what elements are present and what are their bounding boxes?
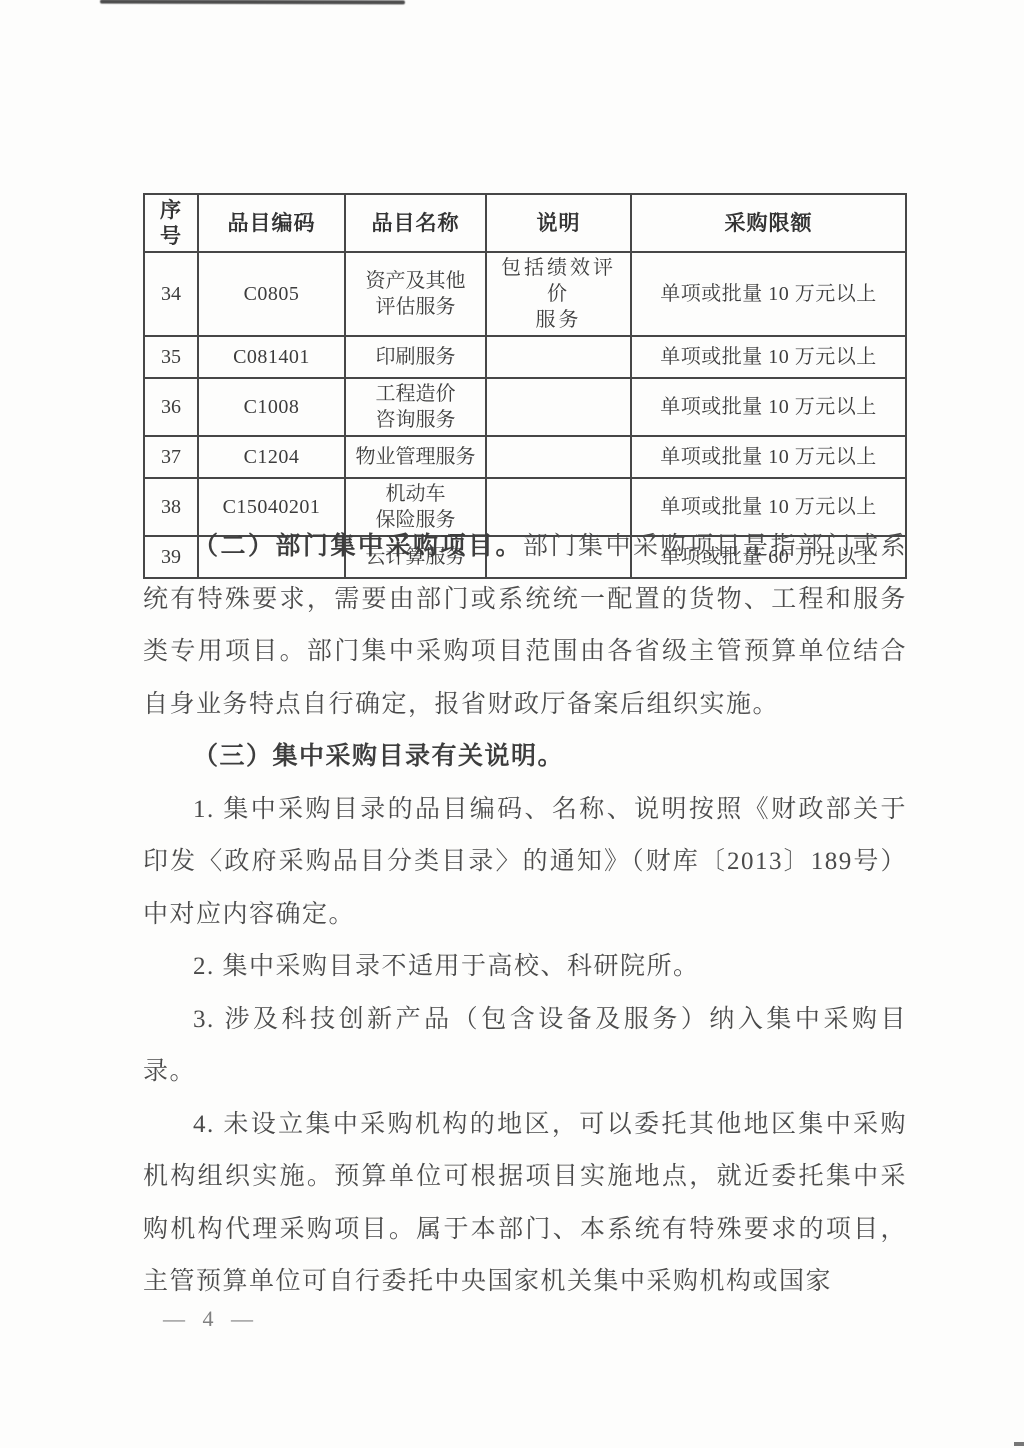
paragraph-item-1-body: 1. 集中采购目录的品目编码、名称、说明按照《财政部关于印发〈政府采购品目分类目… bbox=[143, 796, 907, 928]
scan-artifact-top bbox=[100, 0, 405, 4]
table-header-row: 序号 品目编码 品目名称 说明 采购限额 bbox=[144, 194, 906, 252]
cell-name: 资产及其他 评估服务 bbox=[345, 252, 486, 336]
cell-name: 工程造价 咨询服务 bbox=[345, 378, 486, 436]
table-row-37: 37 C1204 物业管理服务 单项或批量 10 万元以上 bbox=[144, 436, 906, 478]
cell-code: C1204 bbox=[198, 436, 345, 478]
paragraph-item-3: 3. 涉及科技创新产品（包含设备及服务）纳入集中采购目录。 bbox=[143, 994, 907, 1099]
cell-name: 印刷服务 bbox=[345, 336, 486, 378]
body-text: （二）部门集中采购项目。部门集中采购项目是指部门或系统有特殊要求，需要由部门或系… bbox=[143, 521, 907, 1309]
document-page: 序号 品目编码 品目名称 说明 采购限额 34 C0805 资产及其他 评估服务… bbox=[0, 0, 1024, 1448]
cell-code: C0805 bbox=[198, 252, 345, 336]
paragraph-section-2: （二）部门集中采购项目。部门集中采购项目是指部门或系统有特殊要求，需要由部门或系… bbox=[143, 521, 907, 731]
cell-note bbox=[486, 378, 631, 436]
cell-no: 36 bbox=[144, 378, 198, 436]
page-number: — 4 — bbox=[163, 1306, 259, 1332]
paragraph-section-2-heading: （二）部门集中采购项目。 bbox=[193, 533, 523, 560]
table-row-35: 35 C081401 印刷服务 单项或批量 10 万元以上 bbox=[144, 336, 906, 378]
paragraph-section-2-body: 部门集中采购项目是指部门或系统有特殊要求，需要由部门或系统统一配置的货物、工程和… bbox=[143, 533, 907, 718]
cell-no: 34 bbox=[144, 252, 198, 336]
paragraph-item-3-body: 3. 涉及科技创新产品（包含设备及服务）纳入集中采购目录。 bbox=[143, 1006, 907, 1086]
table-row-34: 34 C0805 资产及其他 评估服务 包括绩效评价 服务 单项或批量 10 万… bbox=[144, 252, 906, 336]
cell-name: 物业管理服务 bbox=[345, 436, 486, 478]
paragraph-section-3-heading: （三）集中采购目录有关说明。 bbox=[193, 743, 564, 770]
cell-code: C1008 bbox=[198, 378, 345, 436]
paragraph-item-4: 4. 未设立集中采购机构的地区，可以委托其他地区集中采购机构组织实施。预算单位可… bbox=[143, 1099, 907, 1309]
table-header-note: 说明 bbox=[486, 194, 631, 252]
cell-limit: 单项或批量 10 万元以上 bbox=[631, 252, 906, 336]
paragraph-item-2: 2. 集中采购目录不适用于高校、科研院所。 bbox=[143, 941, 907, 994]
cell-note: 包括绩效评价 服务 bbox=[486, 252, 631, 336]
paragraph-section-3: （三）集中采购目录有关说明。 bbox=[143, 731, 907, 784]
table-header-no: 序号 bbox=[144, 194, 198, 252]
cell-limit: 单项或批量 10 万元以上 bbox=[631, 336, 906, 378]
cell-code: C081401 bbox=[198, 336, 345, 378]
paragraph-item-4-body: 4. 未设立集中采购机构的地区，可以委托其他地区集中采购机构组织实施。预算单位可… bbox=[143, 1111, 907, 1296]
table-row-36: 36 C1008 工程造价 咨询服务 单项或批量 10 万元以上 bbox=[144, 378, 906, 436]
table-header-limit: 采购限额 bbox=[631, 194, 906, 252]
cell-limit: 单项或批量 10 万元以上 bbox=[631, 378, 906, 436]
scan-artifact-corner bbox=[1014, 1442, 1024, 1446]
cell-no: 37 bbox=[144, 436, 198, 478]
paragraph-item-1: 1. 集中采购目录的品目编码、名称、说明按照《财政部关于印发〈政府采购品目分类目… bbox=[143, 784, 907, 942]
cell-note bbox=[486, 436, 631, 478]
cell-note bbox=[486, 336, 631, 378]
table-header-name: 品目名称 bbox=[345, 194, 486, 252]
table-header-code: 品目编码 bbox=[198, 194, 345, 252]
cell-no: 35 bbox=[144, 336, 198, 378]
cell-limit: 单项或批量 10 万元以上 bbox=[631, 436, 906, 478]
paragraph-item-2-body: 2. 集中采购目录不适用于高校、科研院所。 bbox=[193, 953, 700, 980]
